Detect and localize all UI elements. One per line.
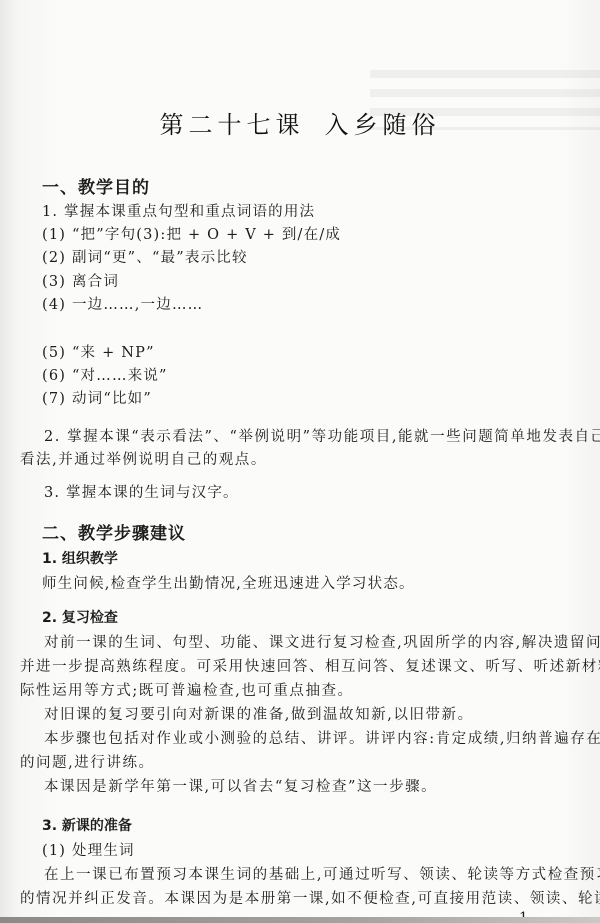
objective-item: (7) 动词“比如” [42, 389, 152, 409]
step-2-paragraph-line: 并进一步提高熟练程度。可采用快速回答、相互问答、复述课文、听写、听述新材料、交 [20, 657, 600, 677]
step-1-paragraph: 师生问候,检查学生出勤情况,全班迅速进入学习状态。 [42, 574, 415, 594]
step-3-subheading: 3. 新课的准备 [42, 816, 132, 836]
step-2-paragraph-line: 际性运用等方式;既可普遍检查,也可重点抽查。 [20, 681, 354, 701]
step-3-paragraph-line: 在上一课已布置预习本课生词的基础上,可通过听写、领读、轮读等方式检查预习 [44, 865, 600, 885]
step-3-paragraph-line: 的情况并纠正发音。本课因为是本册第一课,如不便检查,可直接用范读、领读、轮读、 [20, 889, 600, 909]
step-2-paragraph-line: 的问题,进行讲练。 [20, 753, 155, 773]
objective-3-line: 3. 掌握本课的生词与汉字。 [44, 483, 239, 503]
lesson-title: 第二十七课入乡随俗 [0, 105, 600, 140]
objective-item: (1) “把”字句(3):把 + O + V + 到/在/成 [42, 225, 341, 245]
objective-1-label: 1. 掌握本课重点句型和重点词语的用法 [42, 202, 315, 222]
step-2-subheading: 2. 复习检查 [42, 608, 118, 628]
objective-item: (3) 离合词 [42, 272, 119, 292]
objective-item: (6) “对……来说” [42, 366, 168, 386]
page-bottom-edge [0, 917, 600, 923]
step-1-subheading: 1. 组织教学 [42, 549, 118, 569]
step-2-paragraph-line: 本课因是新学年第一课,可以省去“复习检查”这一步骤。 [44, 777, 437, 797]
objective-item: (5) “来 + NP” [42, 343, 155, 363]
book-page: 第二十七课入乡随俗 一、教学目的 1. 掌握本课重点句型和重点词语的用法 (1)… [0, 0, 600, 917]
objective-2-line: 看法,并通过举例说明自己的观点。 [20, 450, 267, 470]
objective-item: (2) 副词“更”、“最”表示比较 [42, 248, 248, 268]
step-3-subitem: (1) 处理生词 [42, 841, 135, 861]
objective-2-line: 2. 掌握本课“表示看法”、“举例说明”等功能项目,能就一些问题简单地发表自己的 [44, 427, 600, 447]
step-2-paragraph-line: 对前一课的生词、句型、功能、课文进行复习检查,巩固所学的内容,解决遗留问题, [44, 633, 600, 653]
lesson-name: 入乡随俗 [325, 111, 441, 139]
section-heading-teaching-steps: 二、教学步骤建议 [42, 524, 186, 544]
lesson-number: 第二十七课 [160, 111, 305, 139]
step-2-paragraph-line: 对旧课的复习要引向对新课的准备,做到温故知新,以旧带新。 [44, 705, 474, 725]
objective-item: (4) 一边……,一边…… [42, 295, 203, 315]
step-2-paragraph-line: 本步骤也包括对作业或小测验的总结、讲评。讲评内容:肯定成绩,归纳普遍存在 [44, 729, 600, 749]
section-heading-teaching-goals: 一、教学目的 [42, 178, 150, 198]
